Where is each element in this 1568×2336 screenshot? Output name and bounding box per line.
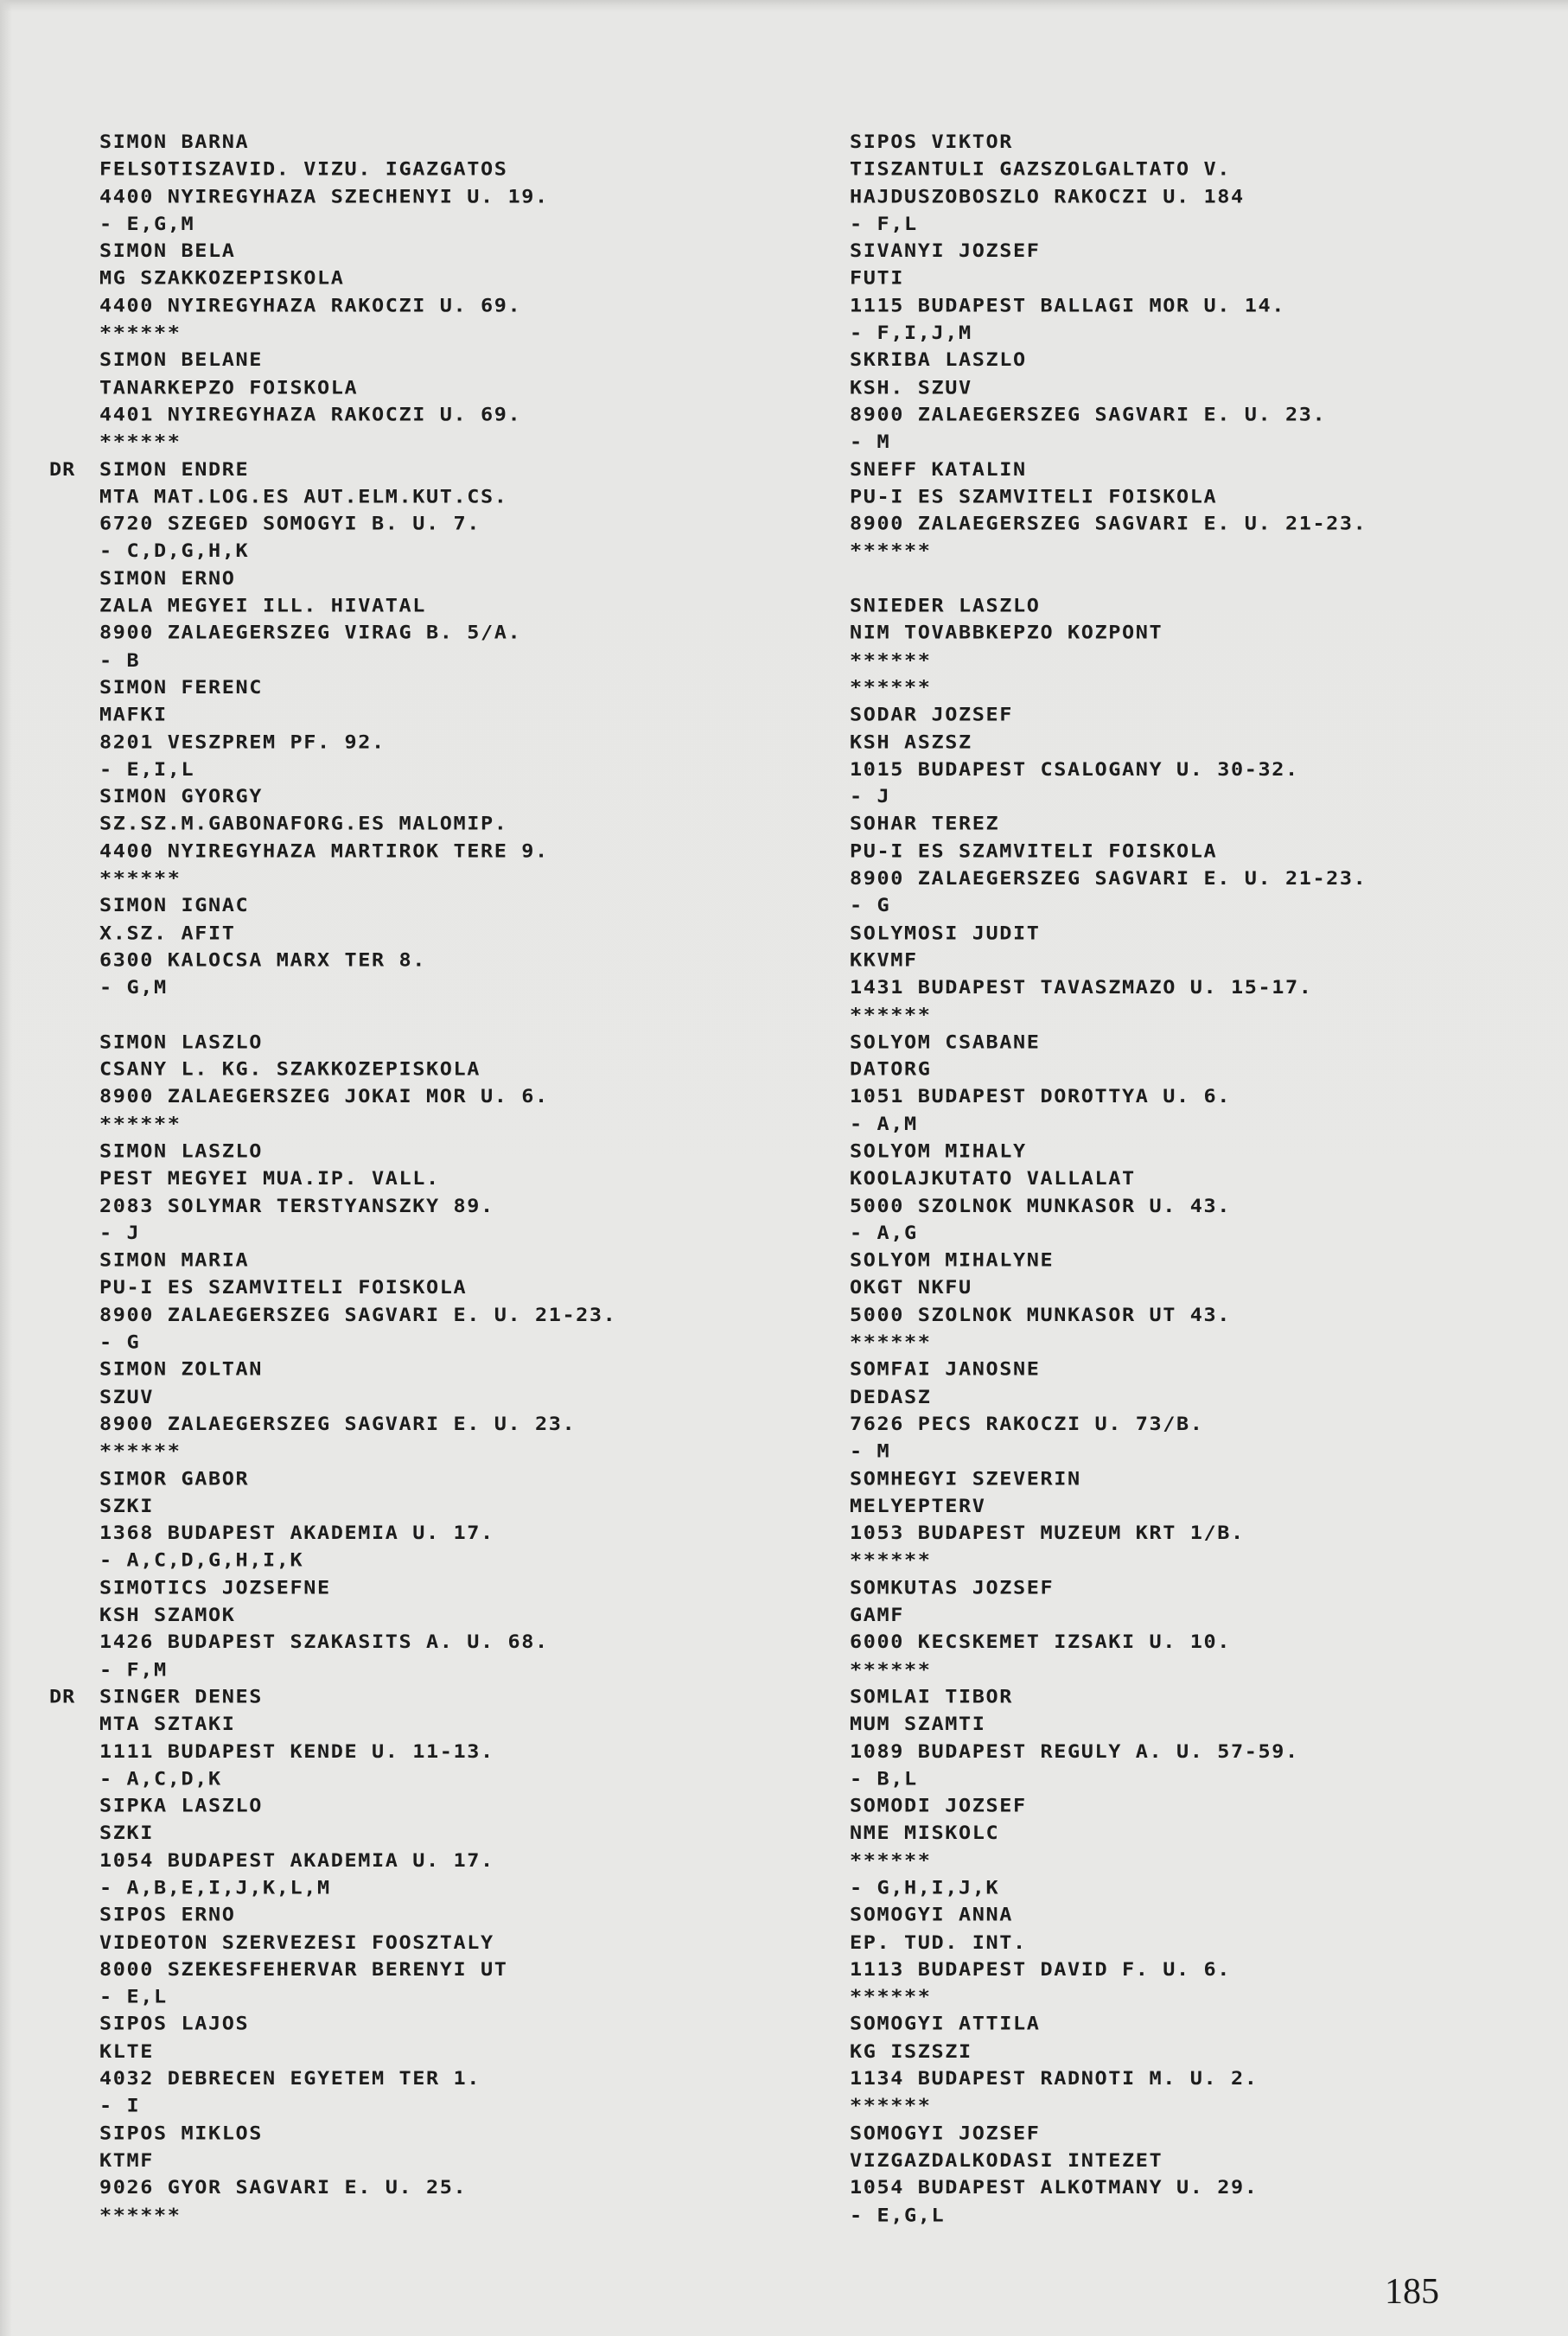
line-text: - E,G,M xyxy=(99,212,194,234)
entry-line: KLTE xyxy=(99,2038,616,2065)
separator-asterisks: ****** xyxy=(850,673,1367,701)
line-text: ****** xyxy=(850,1985,932,2007)
line-text: MTA MAT.LOG.ES AUT.ELM.KUT.CS. xyxy=(99,485,507,507)
entry-line: KSH SZAMOK xyxy=(99,1601,616,1629)
line-text: SIMON GYORGY xyxy=(99,785,263,807)
line-text: ****** xyxy=(850,1658,932,1681)
line-text: 6300 KALOCSA MARX TER 8. xyxy=(99,948,426,971)
line-text: 8900 ZALAEGERSZEG SAGVARI E. U. 21-23. xyxy=(850,867,1367,890)
line-text: SOMHEGYI SZEVERIN xyxy=(850,1467,1081,1490)
line-text: SOMOGYI ATTILA xyxy=(850,2013,1040,2035)
line-text: 8000 SZEKESFEHERVAR BERENYI UT xyxy=(99,1958,507,1981)
entry-line: FUTI xyxy=(850,265,1367,292)
separator-asterisks: ****** xyxy=(850,537,1367,565)
line-text: SIMON IGNAC xyxy=(99,894,249,916)
entry-line: SIMOTICS JOZSEFNE xyxy=(99,1573,616,1601)
line-text: ****** xyxy=(99,867,182,890)
line-text: SIMON FERENC xyxy=(99,676,263,699)
entry-line: SZKI xyxy=(99,1819,616,1847)
entry-line: KSH ASZSZ xyxy=(850,728,1367,756)
separator-asterisks: ****** xyxy=(99,865,616,892)
line-text: SIPKA LASZLO xyxy=(99,1795,263,1817)
category-codes: - M xyxy=(850,428,1367,456)
line-text: 4032 DEBRECEN EGYETEM TER 1. xyxy=(99,2067,481,2090)
entry-line: 9026 GYOR SAGVARI E. U. 25. xyxy=(99,2173,616,2201)
line-text: ****** xyxy=(99,1113,182,1135)
entry-line: SOHAR TEREZ xyxy=(850,810,1367,838)
line-text: - J xyxy=(99,1222,140,1244)
line-text: ****** xyxy=(850,2095,932,2117)
entry-line: SOLYOM MIHALYNE xyxy=(850,1247,1367,1274)
entry-line: DEDASZ xyxy=(850,1382,1367,1410)
line-text: - G,H,I,J,K xyxy=(850,1876,999,1899)
line-text: - A,G xyxy=(850,1222,918,1244)
line-text: GAMF xyxy=(850,1604,904,1626)
line-text: SIMON ERNO xyxy=(99,567,235,590)
category-codes: - M xyxy=(850,1438,1367,1465)
entry-line: 1015 BUDAPEST CSALOGANY U. 30-32. xyxy=(850,756,1367,783)
line-text: SOMLAI TIBOR xyxy=(850,1685,1013,1707)
line-text: 4400 NYIREGYHAZA MARTIROK TERE 9. xyxy=(99,839,549,862)
entry-line: SIPOS MIKLOS xyxy=(99,2119,616,2147)
entry-line: KKVMF xyxy=(850,947,1367,974)
entry-line: 1051 BUDAPEST DOROTTYA U. 6. xyxy=(850,1082,1367,1110)
line-text: ****** xyxy=(850,1549,932,1572)
entry-line: SIVANYI JOZSEF xyxy=(850,237,1367,265)
separator-asterisks: ****** xyxy=(99,428,616,456)
directory-page: SIMON BARNAFELSOTISZAVID. VIZU. IGAZGATO… xyxy=(0,0,1568,2336)
line-text: - B xyxy=(99,648,140,671)
line-text: 5000 SZOLNOK MUNKASOR UT 43. xyxy=(850,1304,1231,1326)
line-text: 8900 ZALAEGERSZEG SAGVARI E. U. 23. xyxy=(99,1413,576,1435)
entry-line: 1111 BUDAPEST KENDE U. 11-13. xyxy=(99,1738,616,1765)
line-text: KTMF xyxy=(99,2149,154,2172)
line-text: KSH SZAMOK xyxy=(99,1604,235,1626)
line-text: ****** xyxy=(850,1003,932,1025)
entry-line: MG SZAKKOZEPISKOLA xyxy=(99,265,616,292)
category-codes: - F,L xyxy=(850,210,1367,238)
line-text: TANARKEPZO FOISKOLA xyxy=(99,376,358,399)
line-text: - E,L xyxy=(99,1985,168,2007)
line-text: SIMON LASZLO xyxy=(99,1139,263,1162)
line-text: X.SZ. AFIT xyxy=(99,922,235,944)
line-text: 1054 BUDAPEST ALKOTMANY U. 29. xyxy=(850,2176,1258,2199)
line-text: SIMOR GABOR xyxy=(99,1467,249,1490)
entry-line: SIMON BARNA xyxy=(99,128,616,156)
entry-line: 1431 BUDAPEST TAVASZMAZO U. 15-17. xyxy=(850,973,1367,1001)
separator-asterisks: ****** xyxy=(850,1547,1367,1574)
line-text: SOMOGYI JOZSEF xyxy=(850,2122,1040,2144)
line-text: SZUV xyxy=(99,1385,154,1407)
category-codes: - E,L xyxy=(99,1983,616,2011)
line-text: CSANY L. KG. SZAKKOZEPISKOLA xyxy=(99,1058,481,1081)
entry-line: SZUV xyxy=(99,1382,616,1410)
entry-line: VIZGAZDALKODASI INTEZET xyxy=(850,2147,1367,2174)
entry-line: SIMON BELA xyxy=(99,237,616,265)
category-codes: - E,I,L xyxy=(99,756,616,783)
line-text: SZ.SZ.M.GABONAFORG.ES MALOMIP. xyxy=(99,813,507,835)
entry-line: SIMOR GABOR xyxy=(99,1465,616,1492)
entry-line: SODAR JOZSEF xyxy=(850,701,1367,729)
entry-line: 1115 BUDAPEST BALLAGI MOR U. 14. xyxy=(850,291,1367,319)
entry-line: 1426 BUDAPEST SZAKASITS A. U. 68. xyxy=(99,1628,616,1656)
entry-line: SIMON LASZLO xyxy=(99,1028,616,1056)
line-text: HAJDUSZOBOSZLO RAKOCZI U. 184 xyxy=(850,185,1245,207)
line-text: ****** xyxy=(850,1331,932,1353)
entry-line: PU-I ES SZAMVITELI FOISKOLA xyxy=(850,837,1367,865)
entry-line: 8900 ZALAEGERSZEG SAGVARI E. U. 23. xyxy=(850,401,1367,429)
entry-line: DRSIMON ENDRE xyxy=(99,456,616,483)
category-codes: - B xyxy=(99,647,616,674)
entry-line: SIMON ERNO xyxy=(99,565,616,592)
entry-line: 4032 DEBRECEN EGYETEM TER 1. xyxy=(99,2065,616,2092)
line-text: 1051 BUDAPEST DOROTTYA U. 6. xyxy=(850,1085,1231,1107)
line-text: 1054 BUDAPEST AKADEMIA U. 17. xyxy=(99,1849,494,1872)
line-text: - A,C,D,K xyxy=(99,1767,222,1790)
entry-line: DRSINGER DENES xyxy=(99,1683,616,1711)
line-text: SIMON BELANE xyxy=(99,348,263,371)
entry-line: 1113 BUDAPEST DAVID F. U. 6. xyxy=(850,1956,1367,1983)
entry-line: 1053 BUDAPEST MUZEUM KRT 1/B. xyxy=(850,1519,1367,1547)
entry-line: SIMON IGNAC xyxy=(99,891,616,919)
category-codes: - F,M xyxy=(99,1656,616,1683)
line-text: 1113 BUDAPEST DAVID F. U. 6. xyxy=(850,1958,1231,1981)
line-text: SOMOGYI ANNA xyxy=(850,1904,1013,1926)
line-text: 1053 BUDAPEST MUZEUM KRT 1/B. xyxy=(850,1522,1245,1544)
entry-line: SZ.SZ.M.GABONAFORG.ES MALOMIP. xyxy=(99,810,616,838)
entry-line: MAFKI xyxy=(99,701,616,729)
line-text: SNIEDER LASZLO xyxy=(850,594,1040,616)
line-text: SZKI xyxy=(99,1822,154,1844)
entry-line: 1134 BUDAPEST RADNOTI M. U. 2. xyxy=(850,2065,1367,2092)
line-text: SOHAR TEREZ xyxy=(850,813,999,835)
separator-asterisks: ****** xyxy=(99,1110,616,1138)
entry-line: PU-I ES SZAMVITELI FOISKOLA xyxy=(850,482,1367,510)
entry-line: 6300 KALOCSA MARX TER 8. xyxy=(99,947,616,974)
entry-line: 8201 VESZPREM PF. 92. xyxy=(99,728,616,756)
line-text: - A,B,E,I,J,K,L,M xyxy=(99,1876,331,1899)
line-text: SIMON MARIA xyxy=(99,1248,249,1271)
title-prefix: DR xyxy=(49,1683,75,1711)
entry-line: 6000 KECSKEMET IZSAKI U. 10. xyxy=(850,1628,1367,1656)
line-text: MELYEPTERV xyxy=(850,1494,985,1516)
line-text: SIMON LASZLO xyxy=(99,1031,263,1053)
category-codes: - G xyxy=(850,891,1367,919)
category-codes: - I xyxy=(99,2092,616,2120)
line-text: EP. TUD. INT. xyxy=(850,1931,1027,1953)
line-text: SIMON BARNA xyxy=(99,131,249,153)
line-text: 8900 ZALAEGERSZEG SAGVARI E. U. 21-23. xyxy=(99,1304,616,1326)
category-codes: - G xyxy=(99,1328,616,1356)
entry-line: SIMON MARIA xyxy=(99,1247,616,1274)
blank-line xyxy=(850,565,1367,592)
line-text: VIDEOTON SZERVEZESI FOOSZTALY xyxy=(99,1931,494,1953)
line-text: - B,L xyxy=(850,1767,918,1790)
line-text: SIPOS MIKLOS xyxy=(99,2122,263,2144)
entry-line: 4400 NYIREGYHAZA MARTIROK TERE 9. xyxy=(99,837,616,865)
separator-asterisks: ****** xyxy=(99,2201,616,2229)
entry-line: KTMF xyxy=(99,2147,616,2174)
entry-line: MUM SZAMTI xyxy=(850,1710,1367,1738)
line-text: 8900 ZALAEGERSZEG VIRAG B. 5/A. xyxy=(99,622,521,644)
separator-asterisks: ****** xyxy=(99,1438,616,1465)
entry-line: 8900 ZALAEGERSZEG SAGVARI E. U. 21-23. xyxy=(850,510,1367,538)
entry-line: DATORG xyxy=(850,1056,1367,1083)
line-text: KOOLAJKUTATO VALLALAT xyxy=(850,1167,1136,1190)
entry-line: SIPOS ERNO xyxy=(99,1901,616,1929)
line-text: MAFKI xyxy=(99,703,168,725)
line-text: 6000 KECSKEMET IZSAKI U. 10. xyxy=(850,1631,1231,1653)
line-text: OKGT NKFU xyxy=(850,1276,972,1299)
category-codes: - B,L xyxy=(850,1765,1367,1792)
entry-line: PEST MEGYEI MUA.IP. VALL. xyxy=(99,1165,616,1192)
category-codes: - E,G,L xyxy=(850,2201,1367,2229)
entry-line: MTA MAT.LOG.ES AUT.ELM.KUT.CS. xyxy=(99,482,616,510)
line-text: - E,G,L xyxy=(850,2204,945,2226)
line-text: 9026 GYOR SAGVARI E. U. 25. xyxy=(99,2176,467,2199)
line-text: SIVANYI JOZSEF xyxy=(850,239,1040,262)
line-text: - G,M xyxy=(99,976,168,999)
line-text: SZKI xyxy=(99,1494,154,1516)
category-codes: - G,M xyxy=(99,973,616,1001)
line-text: 8900 ZALAEGERSZEG JOKAI MOR U. 6. xyxy=(99,1085,549,1107)
entry-line: CSANY L. KG. SZAKKOZEPISKOLA xyxy=(99,1056,616,1083)
category-codes: - C,D,G,H,K xyxy=(99,537,616,565)
category-codes: - E,G,M xyxy=(99,210,616,238)
line-text: 8900 ZALAEGERSZEG SAGVARI E. U. 21-23. xyxy=(850,513,1367,535)
entry-line: X.SZ. AFIT xyxy=(99,919,616,947)
category-codes: - A,C,D,G,H,I,K xyxy=(99,1547,616,1574)
entry-line: NIM TOVABBKEPZO KOZPONT xyxy=(850,619,1367,647)
entry-line: 1054 BUDAPEST ALKOTMANY U. 29. xyxy=(850,2173,1367,2201)
category-codes: - G,H,I,J,K xyxy=(850,1873,1367,1901)
entry-line: 8900 ZALAEGERSZEG SAGVARI E. U. 21-23. xyxy=(99,1301,616,1329)
line-text: - G xyxy=(850,894,890,916)
line-text: 4400 NYIREGYHAZA RAKOCZI U. 69. xyxy=(99,294,521,316)
line-text: SNEFF KATALIN xyxy=(850,457,1027,480)
entry-line: SOLYOM MIHALY xyxy=(850,1137,1367,1165)
entry-line: 1054 BUDAPEST AKADEMIA U. 17. xyxy=(99,1847,616,1874)
line-text: SKRIBA LASZLO xyxy=(850,348,1027,371)
category-codes: - A,B,E,I,J,K,L,M xyxy=(99,1873,616,1901)
directory-column-right: SIPOS VIKTORTISZANTULI GAZSZOLGALTATO V.… xyxy=(850,128,1367,2229)
line-text: DATORG xyxy=(850,1058,932,1081)
line-text: ****** xyxy=(99,322,182,344)
line-text: 2083 SOLYMAR TERSTYANSZKY 89. xyxy=(99,1194,494,1216)
entry-line: SIPOS VIKTOR xyxy=(850,128,1367,156)
line-text: 4400 NYIREGYHAZA SZECHENYI U. 19. xyxy=(99,185,549,207)
entry-line: KSH. SZUV xyxy=(850,373,1367,401)
line-text: SOLYMOSI JUDIT xyxy=(850,922,1040,944)
entry-line: OKGT NKFU xyxy=(850,1273,1367,1301)
category-codes: - J xyxy=(850,782,1367,810)
entry-line: 1089 BUDAPEST REGULY A. U. 57-59. xyxy=(850,1738,1367,1765)
entry-line: 5000 SZOLNOK MUNKASOR UT 43. xyxy=(850,1301,1367,1329)
line-text: ****** xyxy=(99,2204,182,2226)
line-text: SIMON ZOLTAN xyxy=(99,1358,263,1381)
line-text: KKVMF xyxy=(850,948,918,971)
line-text: SOLYOM MIHALYNE xyxy=(850,1248,1054,1271)
line-text: ****** xyxy=(850,648,932,671)
line-text: 1134 BUDAPEST RADNOTI M. U. 2. xyxy=(850,2067,1258,2090)
line-text: KSH ASZSZ xyxy=(850,731,972,753)
line-text: SIMON ENDRE xyxy=(99,457,249,480)
line-text: - G xyxy=(99,1331,140,1353)
line-text: DEDASZ xyxy=(850,1385,932,1407)
line-text: 6720 SZEGED SOMOGYI B. U. 7. xyxy=(99,513,481,535)
line-text: - C,D,G,H,K xyxy=(99,539,249,562)
entry-line: SNIEDER LASZLO xyxy=(850,591,1367,619)
category-codes: - F,I,J,M xyxy=(850,319,1367,347)
line-text: 1426 BUDAPEST SZAKASITS A. U. 68. xyxy=(99,1631,549,1653)
line-text: - A,M xyxy=(850,1113,918,1135)
entry-line: SIPOS LAJOS xyxy=(99,2010,616,2038)
entry-line: SZKI xyxy=(99,1492,616,1520)
entry-line: MELYEPTERV xyxy=(850,1492,1367,1520)
entry-line: SOMOGYI ANNA xyxy=(850,1901,1367,1929)
line-text: PU-I ES SZAMVITELI FOISKOLA xyxy=(99,1276,467,1299)
line-text: 8201 VESZPREM PF. 92. xyxy=(99,731,386,753)
line-text: SIPOS VIKTOR xyxy=(850,131,1013,153)
line-text: ****** xyxy=(850,676,932,699)
separator-asterisks: ****** xyxy=(850,1001,1367,1029)
separator-asterisks: ****** xyxy=(850,1328,1367,1356)
line-text: ZALA MEGYEI ILL. HIVATAL xyxy=(99,594,426,616)
separator-asterisks: ****** xyxy=(850,1656,1367,1683)
separator-asterisks: ****** xyxy=(850,1847,1367,1874)
entry-line: SIPKA LASZLO xyxy=(99,1792,616,1820)
entry-line: EP. TUD. INT. xyxy=(850,1929,1367,1956)
entry-line: 8000 SZEKESFEHERVAR BERENYI UT xyxy=(99,1956,616,1983)
line-text: PU-I ES SZAMVITELI FOISKOLA xyxy=(850,839,1217,862)
line-text: SIMON BELA xyxy=(99,239,235,262)
line-text: 1368 BUDAPEST AKADEMIA U. 17. xyxy=(99,1522,494,1544)
category-codes: - A,C,D,K xyxy=(99,1765,616,1792)
entry-line: 1368 BUDAPEST AKADEMIA U. 17. xyxy=(99,1519,616,1547)
entry-line: 4401 NYIREGYHAZA RAKOCZI U. 69. xyxy=(99,401,616,429)
separator-asterisks: ****** xyxy=(850,2092,1367,2120)
line-text: - F,L xyxy=(850,212,918,234)
line-text: 1111 BUDAPEST KENDE U. 11-13. xyxy=(99,1739,494,1762)
line-text: SIPOS LAJOS xyxy=(99,2013,249,2035)
entry-line: SOLYMOSI JUDIT xyxy=(850,919,1367,947)
entry-line: SIMON LASZLO xyxy=(99,1137,616,1165)
entry-line: 8900 ZALAEGERSZEG SAGVARI E. U. 21-23. xyxy=(850,865,1367,892)
line-text: VIZGAZDALKODASI INTEZET xyxy=(850,2149,1163,2172)
entry-line: GAMF xyxy=(850,1601,1367,1629)
line-text: TISZANTULI GAZSZOLGALTATO V. xyxy=(850,157,1231,180)
line-text: NME MISKOLC xyxy=(850,1822,999,1844)
category-codes: - A,M xyxy=(850,1110,1367,1138)
entry-line: SKRIBA LASZLO xyxy=(850,346,1367,373)
line-text: SIPOS ERNO xyxy=(99,1904,235,1926)
line-text: 1015 BUDAPEST CSALOGANY U. 30-32. xyxy=(850,757,1299,780)
line-text: 5000 SZOLNOK MUNKASOR U. 43. xyxy=(850,1194,1231,1216)
entry-line: TANARKEPZO FOISKOLA xyxy=(99,373,616,401)
entry-line: 4400 NYIREGYHAZA SZECHENYI U. 19. xyxy=(99,182,616,210)
line-text: ****** xyxy=(99,1439,182,1462)
line-text: KSH. SZUV xyxy=(850,376,972,399)
entry-line: SOMODI JOZSEF xyxy=(850,1792,1367,1820)
entry-line: TISZANTULI GAZSZOLGALTATO V. xyxy=(850,156,1367,183)
page-edge-shadow xyxy=(0,0,12,2336)
line-text: MG SZAKKOZEPISKOLA xyxy=(99,267,344,290)
title-prefix: DR xyxy=(49,456,75,483)
line-text: KLTE xyxy=(99,2039,154,2062)
entry-line: SOMHEGYI SZEVERIN xyxy=(850,1465,1367,1492)
separator-asterisks: ****** xyxy=(850,647,1367,674)
entry-line: ZALA MEGYEI ILL. HIVATAL xyxy=(99,591,616,619)
entry-line: 5000 SZOLNOK MUNKASOR U. 43. xyxy=(850,1192,1367,1220)
line-text: SOMODI JOZSEF xyxy=(850,1795,1027,1817)
line-text: 8900 ZALAEGERSZEG SAGVARI E. U. 23. xyxy=(850,403,1326,425)
entry-line: VIDEOTON SZERVEZESI FOOSZTALY xyxy=(99,1929,616,1956)
entry-line: SOLYOM CSABANE xyxy=(850,1028,1367,1056)
page-number: 185 xyxy=(1385,2271,1439,2313)
line-text: - M xyxy=(850,431,890,453)
entry-line: 4400 NYIREGYHAZA RAKOCZI U. 69. xyxy=(99,291,616,319)
entry-line: SNEFF KATALIN xyxy=(850,456,1367,483)
line-text: SIMOTICS JOZSEFNE xyxy=(99,1576,331,1599)
entry-line: HAJDUSZOBOSZLO RAKOCZI U. 184 xyxy=(850,182,1367,210)
line-text: FUTI xyxy=(850,267,904,290)
line-text: - M xyxy=(850,1439,890,1462)
category-codes: - A,G xyxy=(850,1219,1367,1247)
entry-line: SOMFAI JANOSNE xyxy=(850,1356,1367,1383)
line-text: KG ISZSZI xyxy=(850,2039,972,2062)
entry-line: 2083 SOLYMAR TERSTYANSZKY 89. xyxy=(99,1192,616,1220)
entry-line: SOMLAI TIBOR xyxy=(850,1683,1367,1711)
entry-line: SIMON ZOLTAN xyxy=(99,1356,616,1383)
entry-line: SOMOGYI ATTILA xyxy=(850,2010,1367,2038)
entry-line: 8900 ZALAEGERSZEG SAGVARI E. U. 23. xyxy=(99,1410,616,1438)
entry-line: SIMON FERENC xyxy=(99,673,616,701)
entry-line: 6720 SZEGED SOMOGYI B. U. 7. xyxy=(99,510,616,538)
line-text: - A,C,D,G,H,I,K xyxy=(99,1549,303,1572)
line-text: - E,I,L xyxy=(99,757,194,780)
line-text: SOLYOM MIHALY xyxy=(850,1139,1027,1162)
line-text: 4401 NYIREGYHAZA RAKOCZI U. 69. xyxy=(99,403,521,425)
entry-line: KOOLAJKUTATO VALLALAT xyxy=(850,1165,1367,1192)
line-text: - F,I,J,M xyxy=(850,322,972,344)
entry-line: SOMKUTAS JOZSEF xyxy=(850,1573,1367,1601)
entry-line: SIMON BELANE xyxy=(99,346,616,373)
blank-line xyxy=(99,1001,616,1029)
line-text: 1089 BUDAPEST REGULY A. U. 57-59. xyxy=(850,1739,1299,1762)
entry-line: 7626 PECS RAKOCZI U. 73/B. xyxy=(850,1410,1367,1438)
line-text: 7626 PECS RAKOCZI U. 73/B. xyxy=(850,1413,1203,1435)
line-text: PEST MEGYEI MUA.IP. VALL. xyxy=(99,1167,440,1190)
line-text: SOMFAI JANOSNE xyxy=(850,1358,1040,1381)
directory-column-left: SIMON BARNAFELSOTISZAVID. VIZU. IGAZGATO… xyxy=(99,128,616,2229)
line-text: FELSOTISZAVID. VIZU. IGAZGATOS xyxy=(99,157,507,180)
line-text: SOMKUTAS JOZSEF xyxy=(850,1576,1054,1599)
line-text: 1115 BUDAPEST BALLAGI MOR U. 14. xyxy=(850,294,1285,316)
entry-line: MTA SZTAKI xyxy=(99,1710,616,1738)
category-codes: - J xyxy=(99,1219,616,1247)
entry-line: 8900 ZALAEGERSZEG VIRAG B. 5/A. xyxy=(99,619,616,647)
line-text: - F,M xyxy=(99,1658,168,1681)
entry-line: KG ISZSZI xyxy=(850,2038,1367,2065)
line-text: NIM TOVABBKEPZO KOZPONT xyxy=(850,622,1163,644)
entry-line: SOMOGYI JOZSEF xyxy=(850,2119,1367,2147)
separator-asterisks: ****** xyxy=(850,1983,1367,2011)
line-text: - I xyxy=(99,2095,140,2117)
line-text: SODAR JOZSEF xyxy=(850,703,1013,725)
line-text: SINGER DENES xyxy=(99,1685,263,1707)
line-text: MUM SZAMTI xyxy=(850,1713,985,1735)
line-text: 1431 BUDAPEST TAVASZMAZO U. 15-17. xyxy=(850,976,1312,999)
